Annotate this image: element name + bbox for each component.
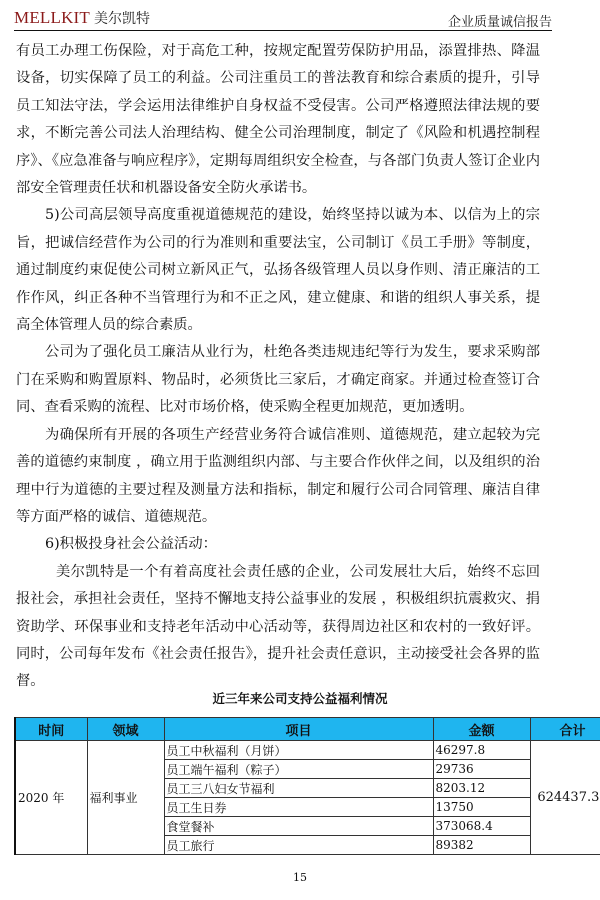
page-header: MELLKIT美尔凯特 企业质量诚信报告 <box>14 6 552 31</box>
amount-cell: 89382 <box>433 836 530 855</box>
paragraph-safety: 有员工办理工伤保险，对于高危工种，按规定配置劳保防护用品，添置排热、降温设备，切… <box>16 38 540 202</box>
paragraph-procurement: 公司为了强化员工廉洁从业行为，杜绝各类违规违纪等行为发生，要求采购部门在采购和购… <box>16 339 540 421</box>
year-cell: 2020 年 <box>15 741 87 855</box>
column-header-item: 项目 <box>164 718 433 741</box>
column-header-time: 时间 <box>15 718 87 741</box>
paragraph-ethics: 5)公司高层领导高度重视道德规范的建设，始终坚持以诚为本、以信为上的宗旨，把诚信… <box>16 202 540 339</box>
brand-name-cn: 美尔凯特 <box>94 11 150 27</box>
item-cell: 员工中秋福利（月饼） <box>164 741 433 760</box>
column-header-total: 合计 <box>530 718 600 741</box>
page-number: 15 <box>0 871 600 884</box>
amount-cell: 373068.4 <box>433 817 530 836</box>
column-header-field: 领域 <box>87 718 164 741</box>
section-heading-public-welfare: 6)积极投身社会公益活动： <box>16 531 540 558</box>
amount-cell: 8203.12 <box>433 779 530 798</box>
table-header-row: 时间 领域 项目 金额 合计 <box>15 718 600 741</box>
item-cell: 食堂餐补 <box>164 817 433 836</box>
paragraph-integrity: 为确保所有开展的各项生产经营业务符合诚信准则、道德规范，建立起较为完善的道德约束… <box>16 422 540 532</box>
amount-cell: 13750 <box>433 798 530 817</box>
amount-cell: 46297.8 <box>433 741 530 760</box>
item-cell: 员工生日券 <box>164 798 433 817</box>
welfare-table: 时间 领域 项目 金额 合计 2020 年 福利事业 员工中秋福利（月饼） 46… <box>14 717 600 855</box>
column-header-amount: 金额 <box>433 718 530 741</box>
table-title: 近三年来公司支持公益福利情况 <box>0 689 600 707</box>
total-cell: 624437.32 <box>530 741 600 855</box>
paragraph-social-responsibility: 美尔凯特是一个有着高度社会责任感的企业，公司发展壮大后，始终不忘回报社会，承担社… <box>16 559 540 696</box>
field-cell: 福利事业 <box>87 741 164 855</box>
amount-cell: 29736 <box>433 760 530 779</box>
item-cell: 员工旅行 <box>164 836 433 855</box>
report-title: 企业质量诚信报告 <box>448 11 552 30</box>
item-cell: 员工端午福利（粽子） <box>164 760 433 779</box>
item-cell: 员工三八妇女节福利 <box>164 779 433 798</box>
table-row: 2020 年 福利事业 员工中秋福利（月饼） 46297.8 624437.32 <box>15 741 600 760</box>
body-text: 有员工办理工伤保险，对于高危工种，按规定配置劳保防护用品，添置排热、降温设备，切… <box>16 38 540 696</box>
brand-logo: MELLKIT美尔凯特 <box>14 8 150 29</box>
brand-name-en: MELLKIT <box>14 8 90 27</box>
